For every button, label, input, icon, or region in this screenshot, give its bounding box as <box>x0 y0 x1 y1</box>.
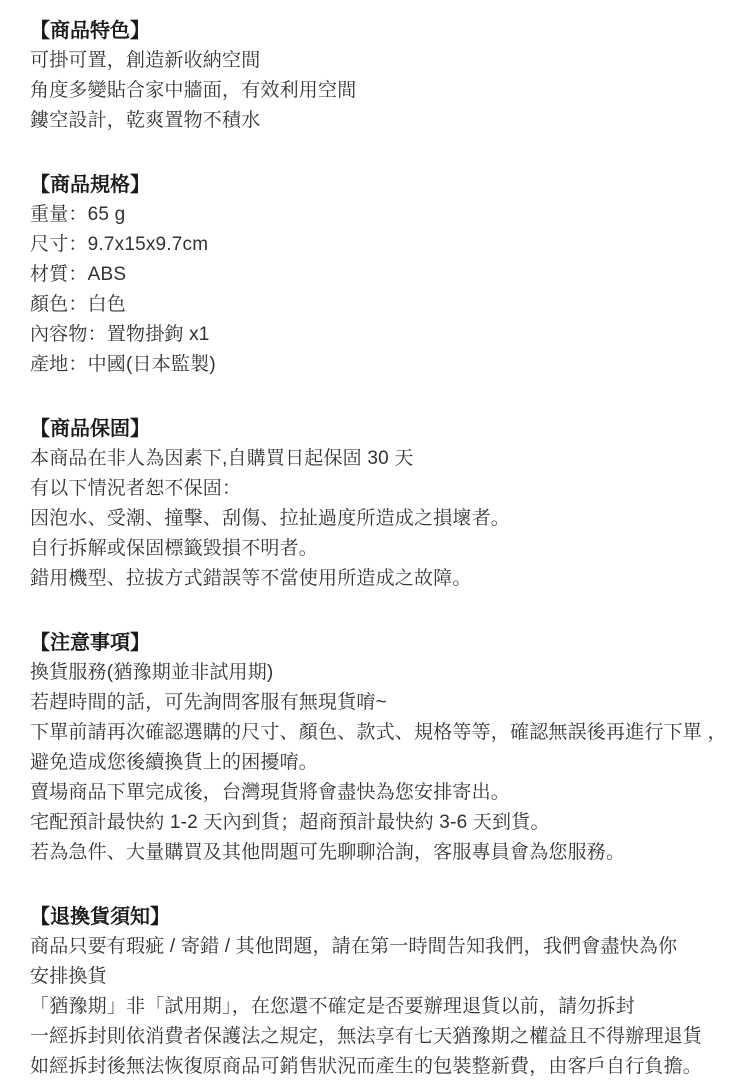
spec-contents: 內容物：置物掛鉤 x1 <box>30 320 742 350</box>
section-return-policy: 【退換貨須知】 商品只要有瑕疵 / 寄錯 / 其他問題，請在第一時間告知我們，我… <box>30 902 742 1082</box>
spec-weight: 重量：65 g <box>30 200 742 230</box>
notice-line: 下單前請再次確認選購的尺寸、顏色、款式、規格等等，確認無誤後再進行下單 ， <box>30 718 742 748</box>
warranty-line: 錯用機型、拉拔方式錯誤等不當使用所造成之故障。 <box>30 564 742 594</box>
feature-line: 鏤空設計，乾爽置物不積水 <box>30 106 742 136</box>
notice-line: 避免造成您後續換貨上的困擾唷。 <box>30 748 742 778</box>
spec-color: 顏色：白色 <box>30 290 742 320</box>
notice-line: 若趕時間的話，可先詢問客服有無現貨唷~ <box>30 688 742 718</box>
section-title-product-features: 【商品特色】 <box>30 16 742 46</box>
feature-line: 可掛可置，創造新收納空間 <box>30 46 742 76</box>
warranty-line: 自行拆解或保固標籤毀損不明者。 <box>30 534 742 564</box>
feature-line: 角度多變貼合家中牆面，有效利用空間 <box>30 76 742 106</box>
return-policy-line: 一經拆封則依消費者保護法之規定，無法享有七天猶豫期之權益且不得辦理退貨 <box>30 1022 742 1052</box>
return-policy-line: 安排換貨 <box>30 962 742 992</box>
notice-line: 賣場商品下單完成後，台灣現貨將會盡快為您安排寄出。 <box>30 778 742 808</box>
section-product-features: 【商品特色】 可掛可置，創造新收納空間 角度多變貼合家中牆面，有效利用空間 鏤空… <box>30 16 742 136</box>
section-notices: 【注意事項】 換貨服務(猶豫期並非試用期) 若趕時間的話，可先詢問客服有無現貨唷… <box>30 628 742 868</box>
notice-line: 換貨服務(猶豫期並非試用期) <box>30 658 742 688</box>
section-title-product-warranty: 【商品保固】 <box>30 414 742 444</box>
product-description: 【商品特色】 可掛可置，創造新收納空間 角度多變貼合家中牆面，有效利用空間 鏤空… <box>30 16 742 1082</box>
spec-dimensions: 尺寸：9.7x15x9.7cm <box>30 230 742 260</box>
notice-line: 若為急件、大量購買及其他問題可先聊聊洽詢，客服專員會為您服務。 <box>30 838 742 868</box>
spec-material: 材質：ABS <box>30 260 742 290</box>
section-title-return-policy: 【退換貨須知】 <box>30 902 742 932</box>
notice-line: 宅配預計最快約 1-2 天內到貨；超商預計最快約 3-6 天到貨。 <box>30 808 742 838</box>
section-title-product-specs: 【商品規格】 <box>30 170 742 200</box>
warranty-line: 因泡水、受潮、撞擊、刮傷、拉扯過度所造成之損壞者。 <box>30 504 742 534</box>
warranty-line: 有以下情況者恕不保固： <box>30 474 742 504</box>
section-title-notices: 【注意事項】 <box>30 628 742 658</box>
section-product-specs: 【商品規格】 重量：65 g 尺寸：9.7x15x9.7cm 材質：ABS 顏色… <box>30 170 742 380</box>
warranty-line: 本商品在非人為因素下,自購買日起保固 30 天 <box>30 444 742 474</box>
return-policy-line: 商品只要有瑕疵 / 寄錯 / 其他問題，請在第一時間告知我們，我們會盡快為你 <box>30 932 742 962</box>
return-policy-line: 如經拆封後無法恢復原商品可銷售狀況而產生的包裝整新費，由客戶自行負擔。 <box>30 1052 742 1082</box>
section-product-warranty: 【商品保固】 本商品在非人為因素下,自購買日起保固 30 天 有以下情況者恕不保… <box>30 414 742 594</box>
spec-origin: 產地：中國(日本監製) <box>30 350 742 380</box>
return-policy-line: 「猶豫期」非「試用期」，在您還不確定是否要辦理退貨以前，請勿拆封 <box>30 992 742 1022</box>
